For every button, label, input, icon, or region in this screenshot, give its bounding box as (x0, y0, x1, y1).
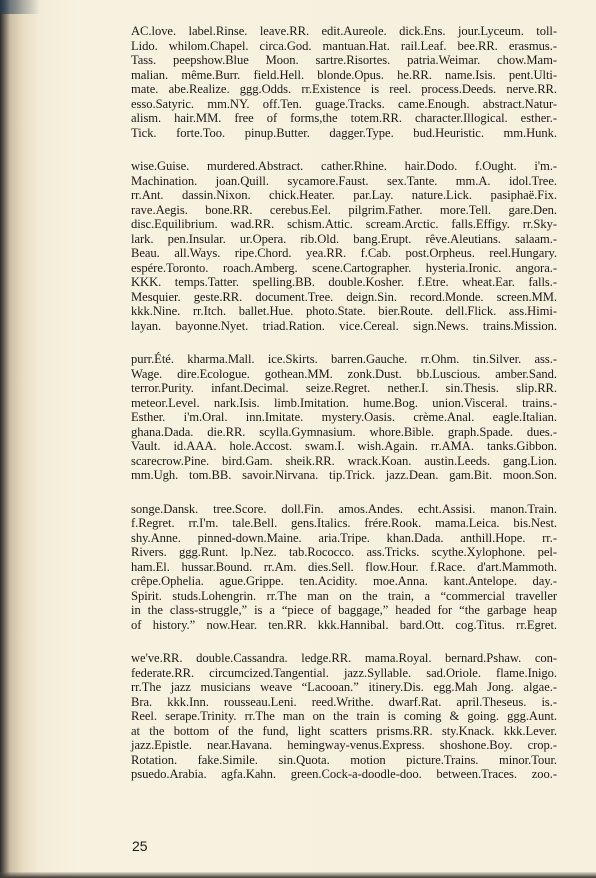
text-line: malian. même.Burr. field.Hell. blonde.Op… (131, 68, 557, 83)
text-line: esso.Satyric. mm.NY. off.Ten. guage.Trac… (131, 97, 557, 112)
text-line: terror.Purity. infant.Decimal. seize.Reg… (131, 381, 557, 396)
text-line: Reel. serape.Trinity. rr.The man on the … (131, 709, 557, 724)
text-line: Mesquier. geste.RR. document.Tree. deign… (131, 290, 557, 305)
text-line: kkk.Nine. rr.Itch. ballet.Hue. photo.Sta… (131, 304, 557, 319)
text-line: rave.Aegis. bone.RR. cerebus.Eel. pilgri… (131, 203, 557, 218)
page-number: 25 (132, 838, 148, 854)
text-line: jazz.Epistle. near.Havana. hemingway-ven… (131, 738, 557, 753)
text-line: layan. bayonne.Nyet. triad.Ration. vice.… (131, 319, 557, 334)
text-line: Lido. whilom.Chapel. circa.God. mantuan.… (131, 39, 557, 54)
text-line: Tass. peepshow.Blue Moon. sartre.Risorte… (131, 53, 557, 68)
text-line: Wage. dire.Ecologue. gothean.MM. zonk.Du… (131, 367, 557, 382)
text-line: mate. abe.Realize. ggg.Odds. rr.Existenc… (131, 82, 557, 97)
text-line: alism. hair.MM. free of forms,the totem.… (131, 111, 557, 126)
text-line: Rivers. ggg.Runt. lp.Nez. tab.Rococco. a… (131, 545, 557, 560)
text-line: f.Regret. rr.I'm. tale.Bell. gens.Italic… (131, 516, 557, 531)
text-line: federate.RR. circumcized.Tangential. jaz… (131, 666, 557, 681)
text-line: espére.Toronto. roach.Amberg. scene.Cart… (131, 261, 557, 276)
text-line: songe.Dansk. tree.Score. doll.Fin. amos.… (131, 502, 557, 517)
text-line: scarecrow.Pine. bird.Gam. sheik.RR. wrac… (131, 454, 557, 469)
text-line: disc.Equilibrium. wad.RR. schism.Attic. … (131, 217, 557, 232)
text-line: mm.Ugh. tom.BB. savoir.Nirvana. tip.Tric… (131, 468, 557, 483)
text-line: ghana.Dada. die.RR. scylla.Gymnasium. wh… (131, 425, 557, 440)
text-line: lark. pen.Insular. ur.Opera. rib.Old. ba… (131, 232, 557, 247)
text-line: wise.Guise. murdered.Abstract. cather.Rh… (131, 159, 557, 174)
text-line: rr.The jazz musicians weave “Lacooan.” i… (131, 680, 557, 695)
text-line: Machination. joan.Quill. sycamore.Faust.… (131, 174, 557, 189)
text-line: Rotation. fake.Simile. sin.Quota. motion… (131, 753, 557, 768)
text-line: we've.RR. double.Cassandra. ledge.RR. ma… (131, 651, 557, 666)
text-line: Tick. forte.Too. pinup.Butter. dagger.Ty… (131, 126, 557, 141)
paragraph-4: songe.Dansk. tree.Score. doll.Fin. amos.… (131, 502, 557, 633)
page-edge-shadow (0, 0, 40, 14)
text-line: rr.Ant. dassin.Nixon. chick.Heater. par.… (131, 188, 557, 203)
book-page: AC.love. label.Rinse. leave.RR. edit.Aur… (0, 0, 596, 878)
text-line: ham.El. hussar.Bound. rr.Am. dies.Sell. … (131, 560, 557, 575)
text-line: Bra. kkk.Inn. rousseau.Leni. reed.Writhe… (131, 695, 557, 710)
text-block: AC.love. label.Rinse. leave.RR. edit.Aur… (131, 24, 557, 782)
text-line: of history.” now.Hear. ten.RR. kkk.Hanni… (131, 618, 557, 633)
paragraph-5: we've.RR. double.Cassandra. ledge.RR. ma… (131, 651, 557, 782)
text-line: Beau. all.Ways. ripe.Chord. yea.RR. f.Ca… (131, 246, 557, 261)
paragraph-2: wise.Guise. murdered.Abstract. cather.Rh… (131, 159, 557, 333)
text-line: Spirit. studs.Lohengrin. rr.The man on t… (131, 589, 557, 604)
text-line: Esther. i'm.Oral. inn.Imitate. mystery.O… (131, 410, 557, 425)
text-line: AC.love. label.Rinse. leave.RR. edit.Aur… (131, 24, 557, 39)
text-line: shy.Anne. pinned-down.Maine. aria.Tripe.… (131, 531, 557, 546)
paragraph-1: AC.love. label.Rinse. leave.RR. edit.Aur… (131, 24, 557, 140)
text-line: purr.Été. kharma.Mall. ice.Skirts. barre… (131, 352, 557, 367)
paragraph-3: purr.Été. kharma.Mall. ice.Skirts. barre… (131, 352, 557, 483)
text-line: Vault. id.AAA. hole.Accost. swam.I. wish… (131, 439, 557, 454)
text-line: crêpe.Ophelia. ague.Grippe. ten.Acidity.… (131, 574, 557, 589)
text-line: in the class-struggle,” is a “piece of b… (131, 603, 557, 618)
text-line: at the bottom of the fund, light scatter… (131, 724, 557, 739)
text-line: meteor.Level. nark.Isis. limb.Imitation.… (131, 396, 557, 411)
text-line: psuedo.Arabia. agfa.Kahn. green.Cock-a-d… (131, 767, 557, 782)
text-line: KKK. temps.Tatter. spelling.BB. double.K… (131, 275, 557, 290)
